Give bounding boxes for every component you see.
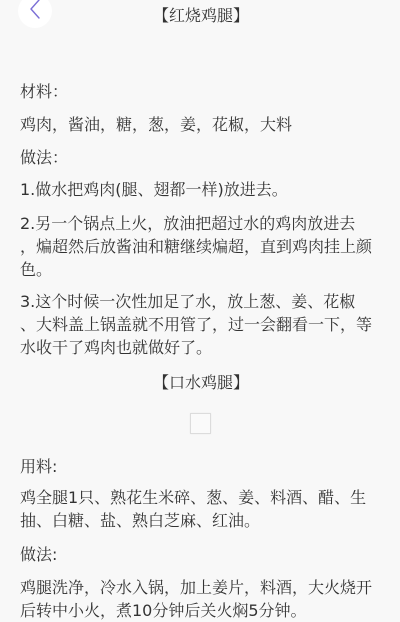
recipe-2-ingredients-line-1: 鸡全腿1只、熟花生米碎、葱、姜、料酒、醋、生 [20,488,366,508]
recipe-2-title: 【口水鸡腿】 [20,373,382,393]
ingredients-label: 材料： [20,82,68,102]
recipe-2-method-line-2: 后转中小火，煮10分钟后关火焖5分钟。 [20,601,307,621]
step-2-line-3: 色。 [20,260,52,280]
step-3-line-2: 、大料盖上锅盖就不用管了，过一会翻看一下，等 [20,315,372,335]
ingredients-text: 鸡肉，酱油，糖，葱，姜，花椒，大料 [20,115,292,135]
step-1-line-1: 1.做水把鸡肉(腿、翅都一样)放进去。 [20,180,288,200]
recipe-2-method-line-1: 鸡腿洗净，冷水入锅，加上姜片，料酒，大火烧开 [20,578,372,598]
recipe-2-ingredients-label: 用料: [20,457,57,477]
step-2-line-1: 2.另一个锅点上火，放油把超过水的鸡肉放进去 [20,214,355,234]
method-label: 做法： [20,148,68,168]
image-placeholder [190,413,211,434]
step-3-line-1: 3.这个时候一次性加足了水，放上葱、姜、花椒 [20,292,355,312]
step-3-line-3: 水收干了鸡肉也就做好了。 [20,338,212,358]
step-2-line-2: ，煸超然后放酱油和糖继续煸超，直到鸡肉挂上颜 [20,237,372,257]
recipe-2-method-label: 做法: [20,545,57,565]
recipe-2-ingredients-line-2: 抽、白糖、盐、熟白芝麻、红油。 [20,511,260,531]
recipe-title: 【红烧鸡腿】 [20,6,382,26]
